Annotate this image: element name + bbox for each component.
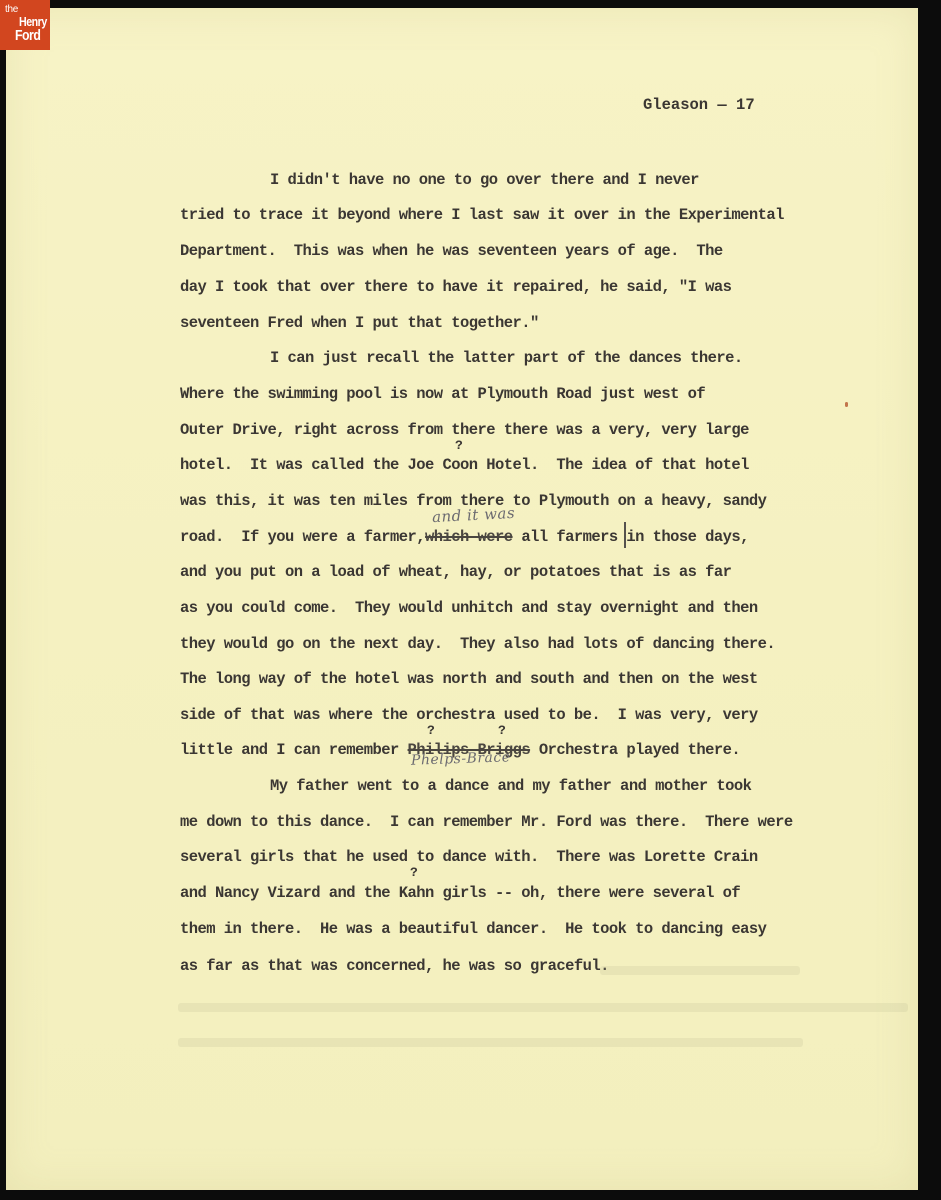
text-segment: road. If you were a farmer, (180, 528, 425, 546)
bleed-through-text (178, 1003, 908, 1012)
page-header: Gleason — 17 (643, 96, 755, 114)
query-mark: ? (498, 723, 506, 738)
text-line: Department. This was when he was sevente… (180, 241, 723, 261)
text-segment: all farmers in those days, (513, 528, 749, 546)
text-line: I can just recall the latter part of the… (270, 348, 743, 368)
text-line: several girls that he used to dance with… (180, 847, 758, 867)
scanned-document: the Henry Ford Gleason — 17 I didn't hav… (0, 0, 941, 1200)
logo-the: the (5, 4, 18, 15)
text-line: I didn't have no one to go over there an… (270, 170, 699, 190)
struck-text: which were (425, 528, 513, 546)
query-mark: ? (427, 723, 435, 738)
text-line: they would go on the next day. They also… (180, 634, 775, 654)
text-line: The long way of the hotel was north and … (180, 669, 758, 689)
text-line: and Nancy Vizard and the Kahn girls -- o… (180, 883, 740, 903)
text-line: tried to trace it beyond where I last sa… (180, 205, 784, 225)
text-line: hotel. It was called the Joe Coon Hotel.… (180, 455, 749, 475)
text-line: me down to this dance. I can remember Mr… (180, 812, 793, 832)
text-line: Where the swimming pool is now at Plymou… (180, 384, 705, 404)
the-henry-ford-logo: the Henry Ford (0, 0, 50, 50)
text-line: as you could come. They would unhitch an… (180, 598, 758, 618)
paper-speck (845, 402, 848, 407)
insertion-caret (624, 522, 626, 548)
query-mark: ? (455, 438, 463, 453)
text-line: and you put on a load of wheat, hay, or … (180, 562, 731, 582)
bleed-through-text (178, 1038, 803, 1047)
text-line-with-strikeout: road. If you were a farmer,which were al… (180, 527, 749, 547)
text-line: seventeen Fred when I put that together.… (180, 313, 539, 333)
logo-ford: Ford (15, 28, 40, 43)
bleed-through-text (600, 966, 800, 975)
text-line: them in there. He was a beautiful dancer… (180, 919, 766, 939)
text-line: My father went to a dance and my father … (270, 776, 751, 796)
text-segment: Orchestra played there. (530, 741, 740, 759)
query-mark: ? (410, 865, 418, 880)
text-line: Outer Drive, right across from there the… (180, 420, 749, 440)
text-line: side of that was where the orchestra use… (180, 705, 758, 725)
text-segment: little and I can remember (180, 741, 408, 759)
text-line: as far as that was concerned, he was so … (180, 956, 609, 976)
text-line: day I took that over there to have it re… (180, 277, 731, 297)
